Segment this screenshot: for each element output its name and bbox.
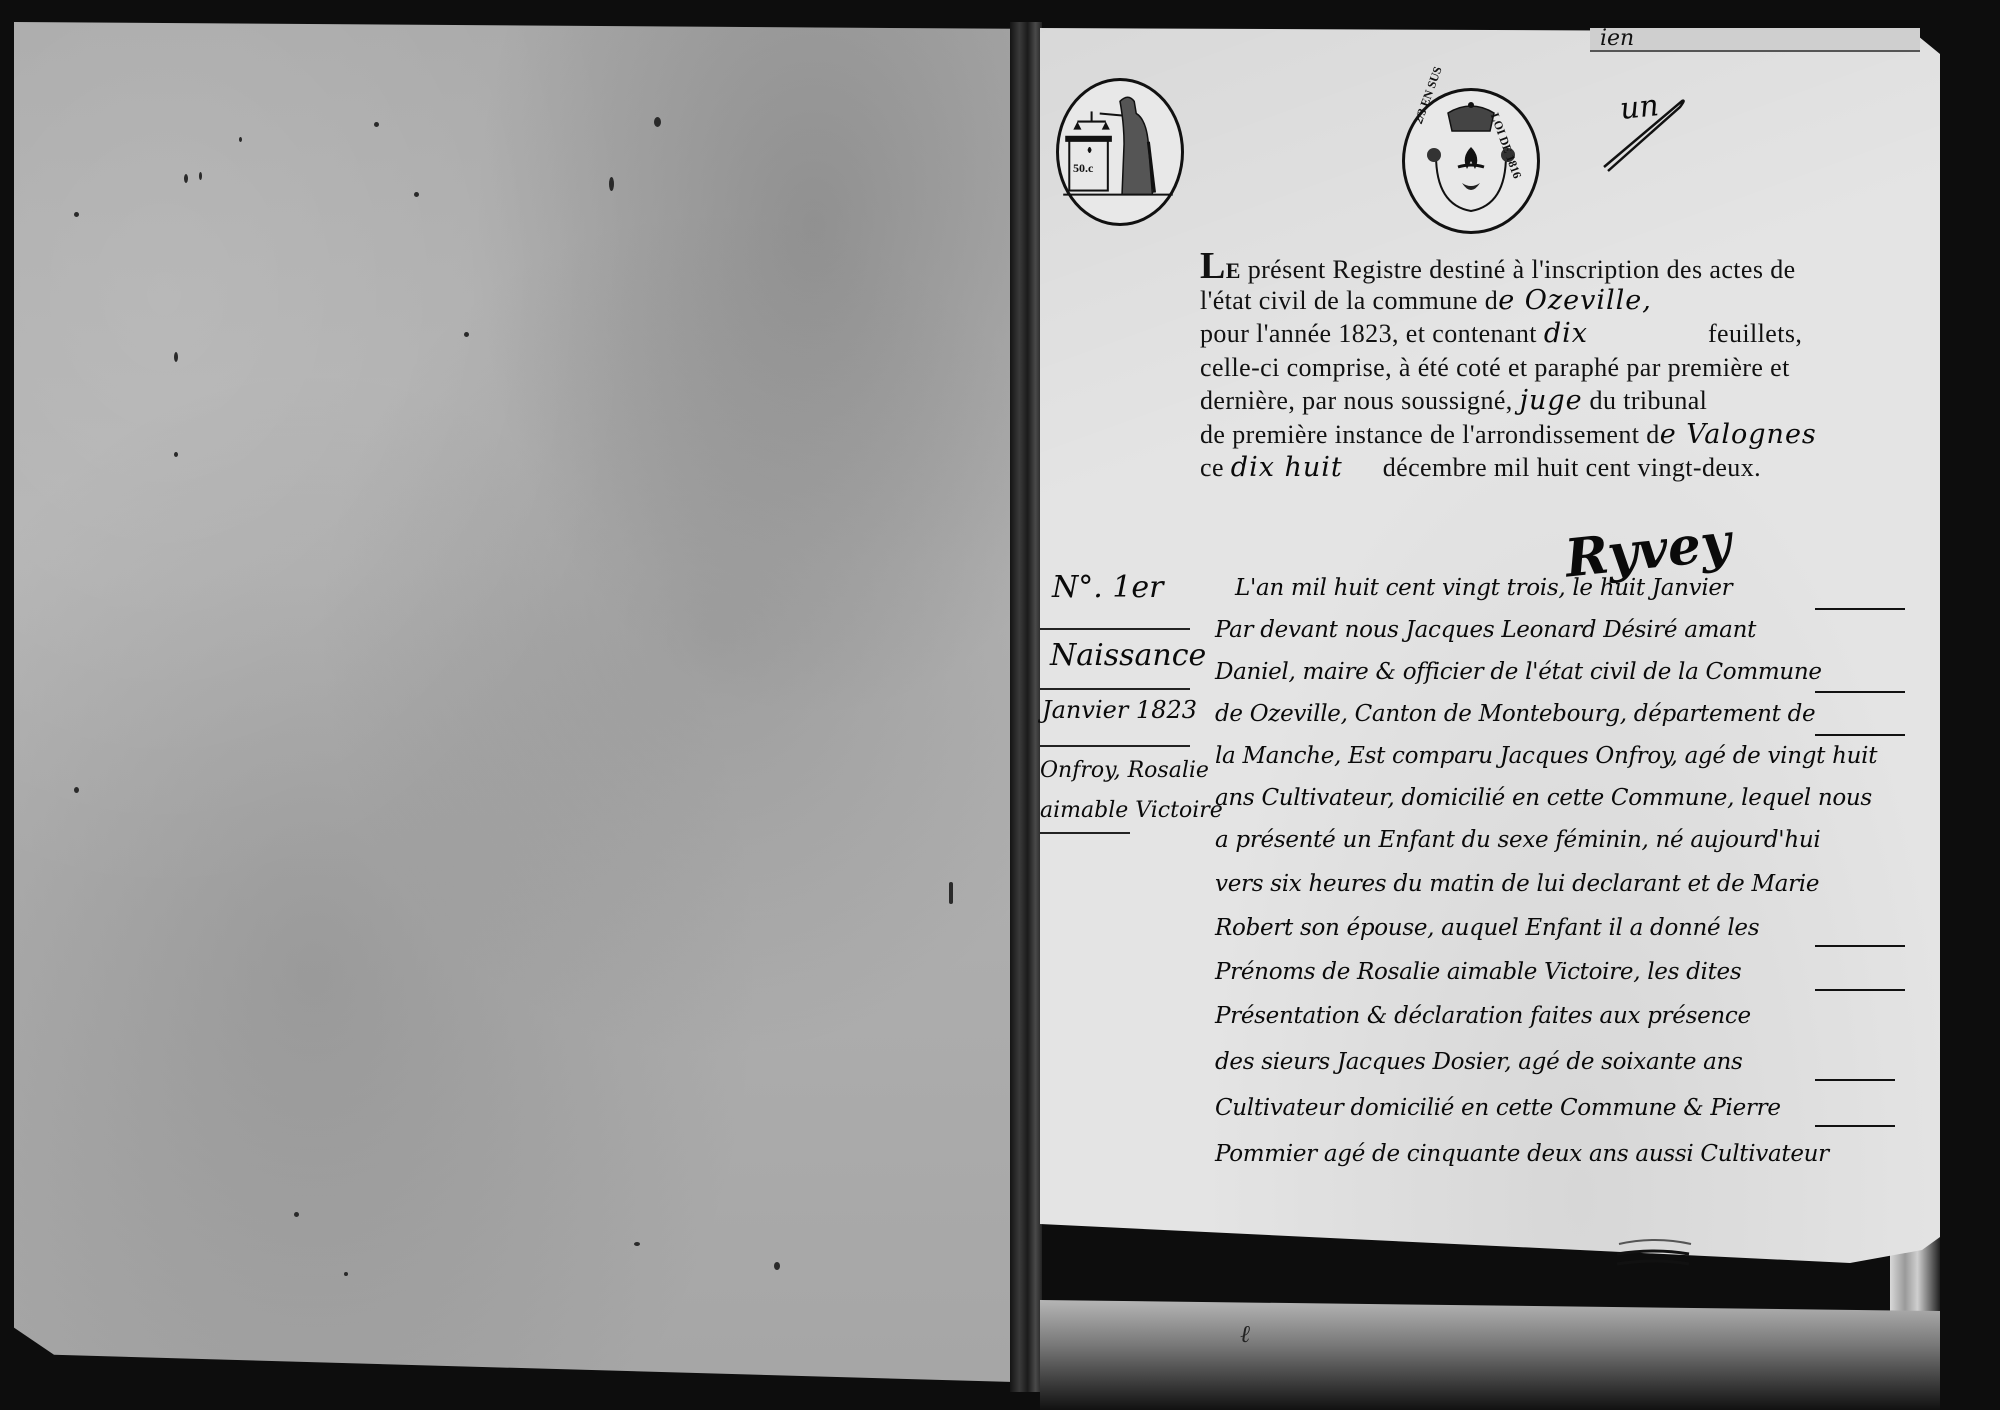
act-line: Cultivateur domicilié en cette Commune &… [1215,1095,1781,1121]
page-bottom-edge [1040,1300,1940,1410]
preamble-line-1: LE présent Registre destiné à l'inscript… [1200,250,1900,284]
margin-rule [1040,832,1130,834]
act-line: a présenté un Enfant du sexe féminin, né… [1215,827,1820,853]
preamble-line-3: pour l'année 1823, et contenant dixfeuil… [1200,317,1900,351]
justice-figure-icon [1059,81,1181,223]
act-line: L'an mil huit cent vingt trois, le huit … [1235,575,1732,601]
preamble-line-5: dernière, par nous soussigné, juge du tr… [1200,384,1900,418]
act-line: vers six heures du matin de lui declaran… [1215,871,1819,897]
child-name-line-1: Onfroy, Rosalie [1040,758,1209,783]
leaf-count-field: dix [1544,318,1588,349]
act-line: Robert son épouse, auquel Enfant il a do… [1215,915,1759,941]
margin-rule [1040,745,1190,747]
margin-rule [1040,628,1190,630]
stamp-denomination: 50.c [1073,161,1093,176]
preamble-line-4: celle-ci comprise, à été coté et paraphé… [1200,351,1900,385]
book-spine [1010,22,1042,1392]
commune-name-field: e Ozeville, [1498,285,1652,316]
act-line: Daniel, maire & officier de l'état civil… [1215,659,1822,685]
printed-preamble: LE présent Registre destiné à l'inscript… [1200,250,1900,485]
act-date: Janvier 1823 [1042,696,1197,724]
act-number: N°. 1er [1052,570,1164,605]
act-line: Présentation & déclaration faites aux pr… [1215,1003,1751,1029]
act-line: Par devant nous Jacques Leonard Désiré a… [1215,617,1756,643]
act-type: Naissance [1050,638,1206,673]
justice-tax-stamp: 50.c [1056,78,1184,226]
header-scrawl: ien [1600,26,1634,51]
act-line: de Ozeville, Canton de Montebourg, dépar… [1215,701,1815,727]
child-name-line-2: aimable Victoire [1040,798,1223,823]
act-line: ans Cultivateur, domicilié en cette Comm… [1215,785,1872,811]
paraph-stroke-icon [1600,95,1690,175]
margin-rule [1040,688,1190,690]
act-line: des sieurs Jacques Dosier, agé de soixan… [1215,1049,1743,1075]
preamble-line-2: l'état civil de la commune de Ozeville, [1200,284,1900,318]
day-field: dix huit [1231,452,1343,483]
closing-flourish-icon [1615,1232,1695,1272]
act-line: la Manche, Est comparu Jacques Onfroy, a… [1215,743,1877,769]
arrondissement-field: e Valognes [1660,419,1817,450]
left-blank-page [14,22,1014,1382]
act-line: Prénoms de Rosalie aimable Victoire, les… [1215,959,1741,985]
crown-duty-stamp: 2/3 EN SUS LOI DE 1816 [1402,88,1540,234]
preamble-line-7: ce dix huitdécembre mil huit cent vingt-… [1200,451,1900,485]
act-line: Pommier agé de cinquante deux ans aussi … [1215,1141,1829,1167]
underlying-page-strip [1590,28,1920,52]
judge-title-field: juge [1520,385,1583,416]
footer-mark: ℓ [1240,1320,1250,1349]
preamble-line-6: de première instance de l'arrondissement… [1200,418,1900,452]
